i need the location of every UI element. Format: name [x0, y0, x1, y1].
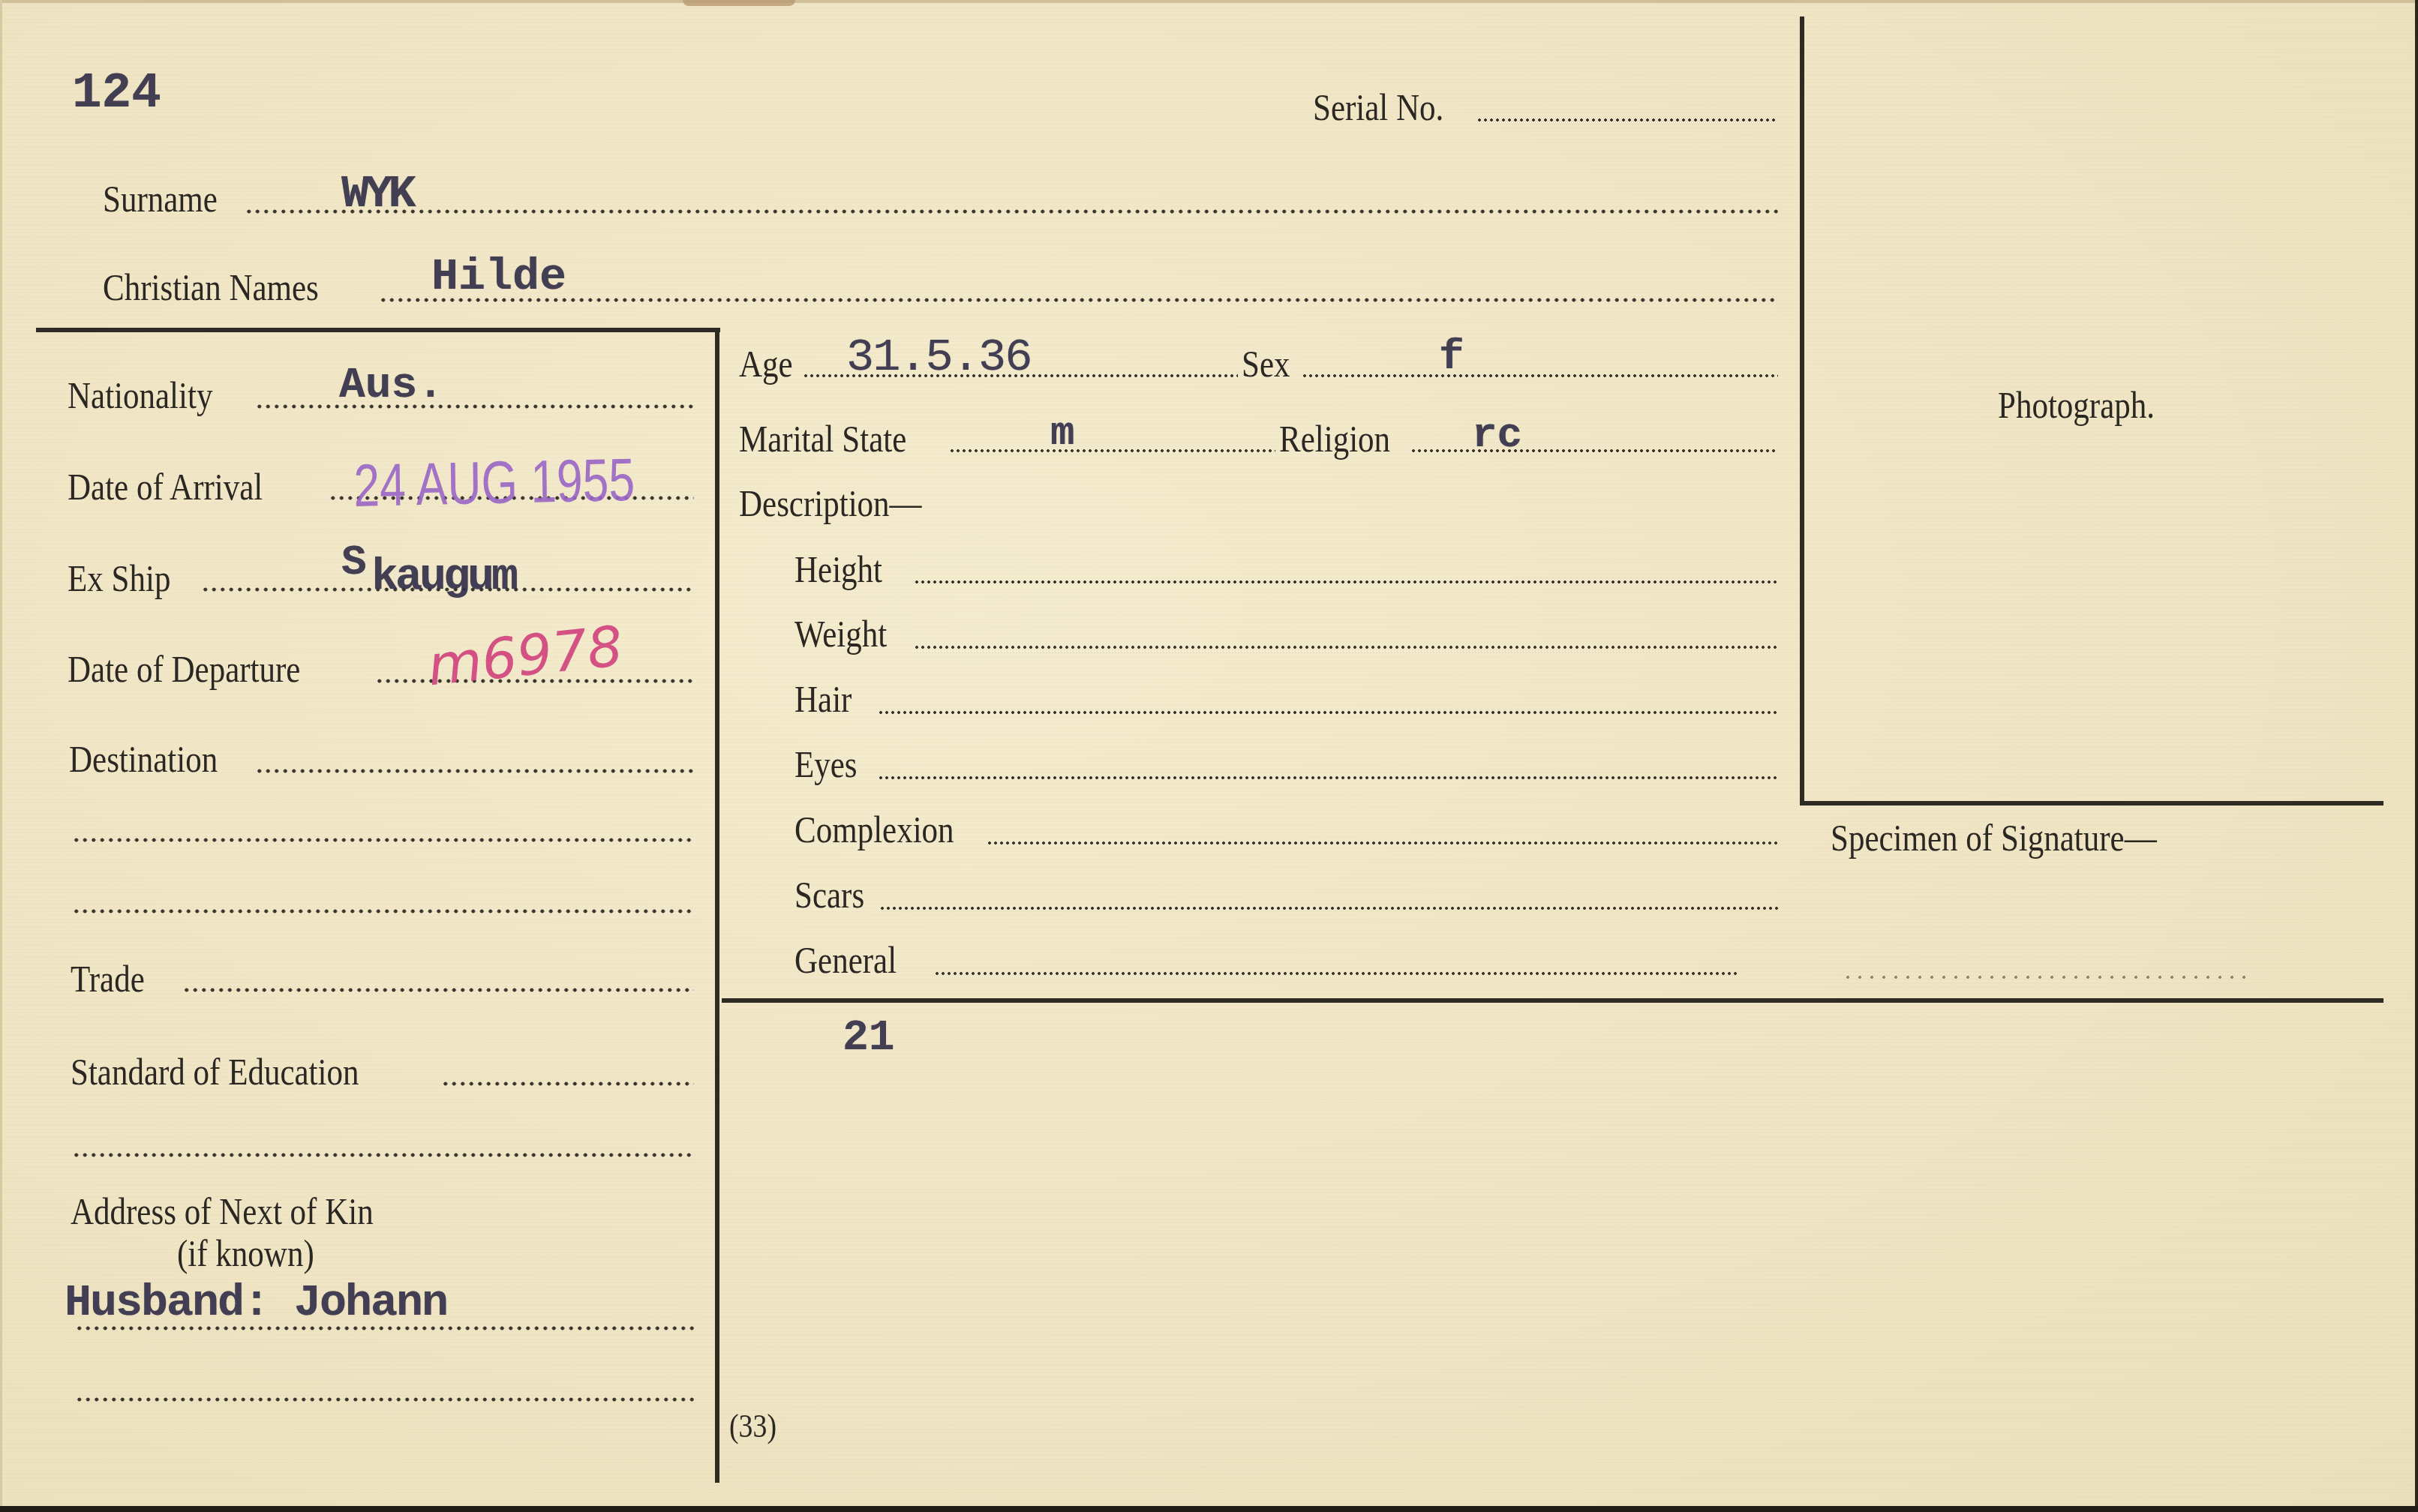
complexion-field[interactable]: [987, 841, 1778, 845]
card-left-edge: [0, 0, 2, 1512]
complexion-label: Complexion: [794, 811, 954, 848]
eyes-label: Eyes: [794, 745, 858, 783]
destination-field-line-3[interactable]: [72, 909, 694, 913]
serial-no-label: Serial No.: [1313, 88, 1443, 126]
religion-value: rc: [1472, 414, 1522, 456]
marital-state-label: Marital State: [739, 420, 906, 457]
next-of-kin-sublabel: (if known): [177, 1234, 314, 1272]
age-value: 31.5.36: [846, 334, 1031, 381]
signature-label: Specimen of Signature—: [1831, 819, 2157, 856]
next-of-kin-field[interactable]: [75, 1326, 694, 1330]
nationality-value: Aus.: [339, 364, 443, 408]
photograph-box[interactable]: [1804, 16, 2383, 801]
left-column-top-rule: [36, 328, 720, 332]
surname-value: WYK: [341, 171, 412, 217]
christian-names-field[interactable]: [379, 298, 1778, 302]
serial-no-field[interactable]: [1476, 118, 1778, 122]
ex-ship-label: Ex Ship: [68, 559, 170, 597]
signature-field[interactable]: [1842, 975, 2247, 979]
surname-field[interactable]: [245, 209, 1778, 214]
age-label: Age: [739, 345, 793, 382]
next-of-kin-field-line-2[interactable]: [75, 1397, 694, 1402]
card-right-edge: [2415, 0, 2418, 1512]
height-label: Height: [794, 550, 882, 588]
general-label: General: [794, 941, 897, 979]
marital-state-value: m: [1050, 414, 1074, 454]
nationality-label: Nationality: [68, 376, 212, 414]
description-bottom-rule: [722, 998, 2383, 1003]
trade-field[interactable]: [182, 988, 694, 992]
card-bottom-edge: [0, 1506, 2418, 1512]
card-top-edge: [0, 0, 2418, 3]
scars-label: Scars: [794, 876, 864, 913]
destination-label: Destination: [69, 740, 218, 778]
religion-field[interactable]: [1410, 448, 1778, 453]
weight-label: Weight: [794, 615, 887, 652]
sex-field[interactable]: [1302, 373, 1778, 378]
left-column-divider: [715, 328, 719, 1483]
general-field[interactable]: [934, 971, 1737, 976]
eyes-field[interactable]: [878, 775, 1778, 780]
surname-label: Surname: [103, 180, 218, 217]
trade-label: Trade: [71, 960, 145, 997]
form-number: (33): [729, 1410, 776, 1443]
christian-names-label: Christian Names: [103, 268, 319, 306]
description-label: Description—: [739, 484, 922, 522]
weight-field[interactable]: [914, 645, 1778, 649]
christian-names-value: Hilde: [431, 255, 566, 300]
sex-value: f: [1439, 336, 1464, 378]
scars-field[interactable]: [879, 906, 1778, 910]
paper-tear-mark: [683, 0, 795, 6]
hair-label: Hair: [794, 680, 852, 718]
sex-label: Sex: [1242, 345, 1290, 382]
marital-state-field[interactable]: [949, 448, 1275, 453]
height-field[interactable]: [914, 580, 1778, 584]
religion-label: Religion: [1279, 420, 1390, 457]
date-of-arrival-stamp: 24 AUG 1955: [353, 450, 635, 516]
date-of-arrival-label: Date of Arrival: [68, 468, 263, 505]
typed-number-21: 21: [843, 1017, 895, 1060]
date-of-departure-label: Date of Departure: [68, 650, 300, 688]
destination-field[interactable]: [255, 769, 694, 773]
nationality-field[interactable]: [255, 404, 694, 409]
destination-field-line-2[interactable]: [72, 838, 694, 842]
photo-box-bottom-rule: [1800, 801, 2383, 805]
ex-ship-value-initial: S: [341, 541, 367, 583]
standard-of-education-field[interactable]: [441, 1081, 694, 1086]
next-of-kin-label: Address of Next of Kin: [71, 1192, 374, 1230]
card-number: 124: [72, 69, 161, 118]
hair-field[interactable]: [878, 710, 1778, 715]
standard-of-education-label: Standard of Education: [71, 1053, 359, 1090]
ex-ship-value: kaugum: [371, 555, 515, 600]
alien-registration-card: 124 Serial No. Surname WYK Christian Nam…: [0, 0, 2418, 1512]
next-of-kin-value: Husband: Johann: [65, 1281, 447, 1326]
standard-of-education-field-line-2[interactable]: [72, 1153, 694, 1157]
